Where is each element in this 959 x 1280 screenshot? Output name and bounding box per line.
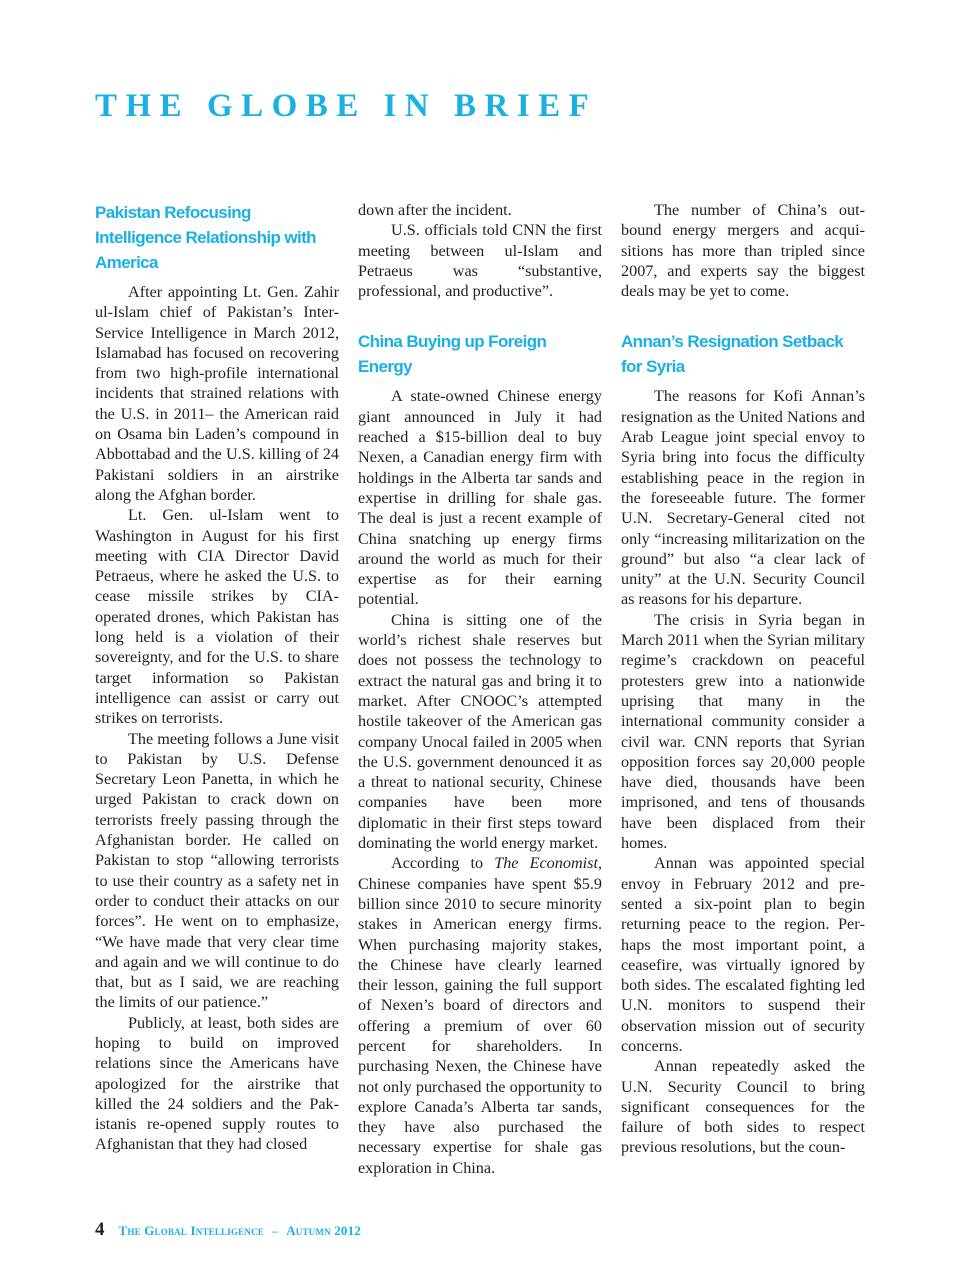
footer-publication: The Global Intelligence‒Autumn 2012 [119,1223,362,1239]
column-3: The number of China’s out­bound energy m… [621,200,865,1158]
footer-separator: ‒ [272,1224,278,1238]
article-paragraph: U.S. officials told CNN the first meetin… [358,220,602,301]
publication-title: The Economist [494,854,598,872]
article-paragraph: After appointing Lt. Gen. Zahir ul-Islam… [95,282,339,505]
article-paragraph: The reasons for Kofi Annan’s resignation… [621,386,865,609]
article-paragraph: Lt. Gen. ul-Islam went to Washington in … [95,505,339,728]
text-run: According to [391,854,494,872]
column-1: Pakistan Refocusing Intelligence Relatio… [95,200,339,1155]
article-paragraph: A state-owned Chinese en­ergy giant anno… [358,386,602,609]
column-2: down after the incident. U.S. officials … [358,200,602,1178]
article-headline-china: China Buying up Foreign Energy [358,329,602,379]
article-paragraph: According to The Economist, Chinese comp… [358,853,602,1178]
article-paragraph: The crisis in Syria began in March 2011 … [621,610,865,854]
article-paragraph: The meeting follows a June visit to Paki… [95,729,339,1013]
text-run: , Chinese companies have spent $5.9 bill… [358,854,602,1176]
article-paragraph: Annan was appointed special envoy in Feb… [621,853,865,1056]
page-number: 4 [95,1219,105,1241]
article-paragraph: China is sitting one of the world’s rich… [358,610,602,854]
article-paragraph: down after the incident. [358,200,602,220]
article-paragraph: Publicly, at least, both sides are hopin… [95,1013,339,1155]
issue-label: Autumn 2012 [286,1223,361,1238]
article-headline-annan: Annan’s Resignation Setback for Syria [621,329,865,379]
publication-name: The Global Intelligence [119,1223,264,1238]
article-headline-pakistan: Pakistan Refocusing Intelligence Relatio… [95,200,339,275]
article-paragraph: The number of China’s out­bound energy m… [621,200,865,301]
page-title: THE GLOBE IN BRIEF [95,88,597,125]
article-paragraph: Annan repeatedly asked the U.N. Security… [621,1056,865,1157]
page-footer: 4 The Global Intelligence‒Autumn 2012 [95,1219,361,1241]
